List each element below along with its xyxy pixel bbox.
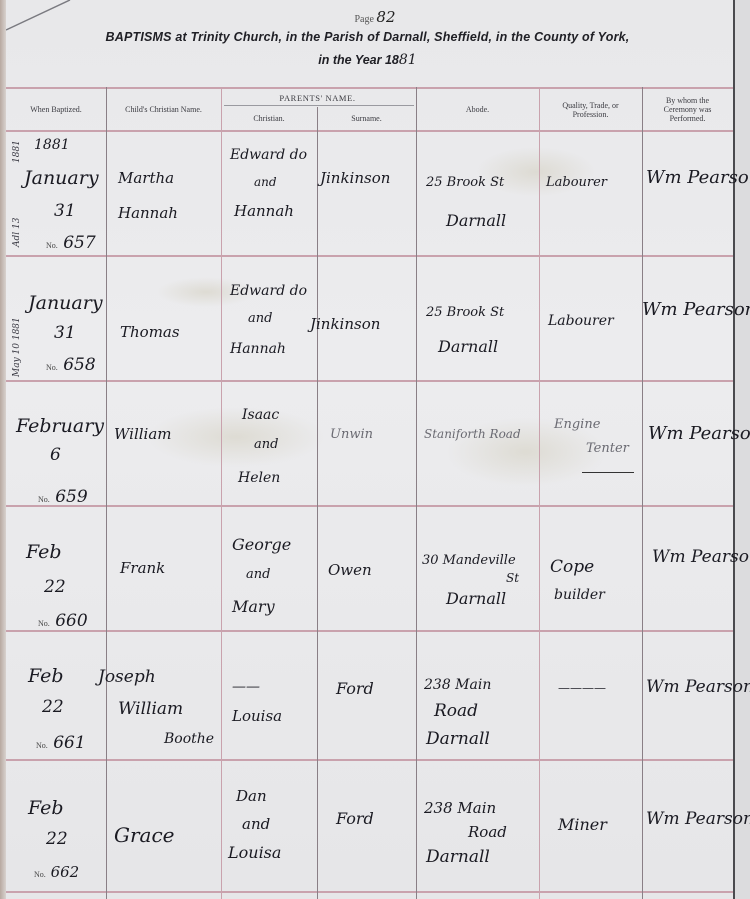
officiant-signature: Wm Pearson <box>652 547 750 567</box>
baptism-register-table: When Baptized. Child's Christian Name. P… <box>6 87 733 899</box>
page-number: Page 82 <box>0 8 750 26</box>
register-year: in the Year 1881 <box>0 52 735 68</box>
and-text: and <box>254 175 277 189</box>
rule-row-5 <box>6 759 733 761</box>
entry-day: 22 <box>42 697 64 717</box>
col-header-child-name: Child's Christian Name. <box>106 89 221 130</box>
father-name: Isaac <box>242 407 279 423</box>
col-header-when-baptized: When Baptized. <box>6 89 106 130</box>
entry-number: No. 657 <box>46 233 96 253</box>
surname: Ford <box>336 809 374 828</box>
child-name-3: Boothe <box>164 731 214 747</box>
abode-line-1: 238 Main <box>424 677 491 693</box>
entry-month: January <box>28 292 103 314</box>
child-name-1: Grace <box>114 823 175 847</box>
mother-name: Louisa <box>228 843 281 862</box>
rule-col-5 <box>539 87 540 899</box>
entry-month: January <box>24 167 99 189</box>
abode-line-3: Darnall <box>446 589 506 608</box>
rule-row-4 <box>6 630 733 632</box>
and-text: and <box>254 437 278 452</box>
rule-row-3 <box>6 505 733 507</box>
entry-day: 22 <box>44 577 66 597</box>
mother-name: Hannah <box>230 341 286 357</box>
officiant-signature: Wm Pearson <box>648 423 750 444</box>
father-name: George <box>232 535 291 554</box>
page-label: Page <box>354 14 373 25</box>
rule-col-4 <box>416 87 417 899</box>
abode-line-2: St <box>506 571 519 585</box>
and-text: and <box>246 567 270 582</box>
child-name-2: William <box>118 699 183 719</box>
abode-line-1: 30 Mandeville <box>422 553 516 568</box>
abode-line-2: Darnall <box>446 211 506 230</box>
entry-month: Feb <box>28 665 64 687</box>
mother-name: Helen <box>238 470 280 486</box>
mother-name: Mary <box>232 597 275 616</box>
father-name: —— <box>232 679 260 695</box>
rule-col-6 <box>642 87 643 899</box>
surname: Ford <box>336 679 374 698</box>
col-header-christian: Christian. <box>221 107 317 130</box>
officiant-signature: Wm Pearson <box>646 167 750 188</box>
surname: Jinkinson <box>320 169 390 187</box>
right-margin <box>735 0 750 899</box>
child-name-1: William <box>114 425 172 443</box>
surname: Owen <box>328 561 372 579</box>
margin-note-year: 1881 <box>12 140 22 163</box>
quality: Labourer <box>548 313 614 329</box>
abode-line-2: Road <box>434 701 478 721</box>
col-header-abode: Abode. <box>416 89 539 130</box>
entry-day: 6 <box>50 445 61 465</box>
abode-line-3: Darnall <box>426 729 490 749</box>
quality: ———— <box>558 681 606 695</box>
page-number-value: 82 <box>376 8 395 26</box>
child-name-2: Hannah <box>118 204 178 222</box>
child-name-1: Martha <box>118 169 174 187</box>
father-name: Edward do <box>230 147 307 163</box>
entry-day: 31 <box>54 323 76 343</box>
entry-day: 31 <box>54 201 76 221</box>
abode-line-2: Darnall <box>438 337 498 356</box>
abode-line-1: 25 Brook St <box>426 305 504 320</box>
officiant-signature: Wm Pearson <box>642 299 750 320</box>
rule-row-1 <box>6 255 733 257</box>
entry-month: Feb <box>28 797 64 819</box>
register-title: BAPTISMS at Trinity Church, in the Paris… <box>0 30 735 44</box>
rule-col-2 <box>221 87 222 899</box>
and-text: and <box>242 815 270 833</box>
father-name: Edward do <box>230 283 307 299</box>
register-page: Page 82 BAPTISMS at Trinity Church, in t… <box>0 0 750 899</box>
entry-number: No. 660 <box>38 611 88 631</box>
entry-number: No. 662 <box>34 863 79 881</box>
child-name-1: Thomas <box>120 323 180 341</box>
col-header-parents-name: PARENTS' NAME. <box>221 93 414 103</box>
surname: Unwin <box>330 427 373 442</box>
entry-year: 1881 <box>34 137 70 153</box>
surname: Jinkinson <box>310 315 380 333</box>
abode-line-1: 238 Main <box>424 799 496 817</box>
rule-col-1 <box>106 87 107 899</box>
quality: Labourer <box>546 175 607 190</box>
mother-name: Hannah <box>234 202 294 220</box>
entry-day: 22 <box>46 829 68 849</box>
entry-month: Feb <box>26 541 62 563</box>
col-header-performed-by: By whom the Ceremony was Performed. <box>642 89 733 130</box>
child-name-1: Frank <box>120 559 165 577</box>
quality-line-2: Tenter <box>586 441 629 456</box>
rule-col-3 <box>317 107 318 899</box>
margin-note-may: May 10 1881 <box>12 317 22 377</box>
rule-row-6 <box>6 891 733 893</box>
rule-header-bottom <box>6 130 733 132</box>
quality-underline <box>582 472 634 473</box>
entry-number: No. 658 <box>46 355 96 375</box>
quality-line-1: Engine <box>554 417 600 432</box>
quality: Miner <box>558 815 607 834</box>
abode-line-3: Darnall <box>426 847 490 867</box>
entry-number: No. 661 <box>36 733 86 753</box>
margin-note-date: Adl 13 <box>12 218 22 247</box>
abode-line-1: 25 Brook St <box>426 175 504 190</box>
father-name: Dan <box>236 787 267 805</box>
col-header-quality: Quality, Trade, or Profession. <box>539 89 642 130</box>
year-label: in the Year 18 <box>318 53 399 67</box>
quality-line-1: Cope <box>550 557 594 577</box>
child-name-1: Joseph <box>98 667 156 687</box>
officiant-signature: Wm Pearson <box>646 677 750 697</box>
parents-divider <box>224 105 414 106</box>
rule-row-2 <box>6 380 733 382</box>
abode-line-1: Staniforth Road <box>424 427 521 441</box>
entry-month: February <box>16 415 104 437</box>
and-text: and <box>248 311 272 326</box>
col-header-surname: Surname. <box>317 107 416 130</box>
mother-name: Louisa <box>232 707 282 725</box>
quality-line-2: builder <box>554 587 605 603</box>
entry-number: No. 659 <box>38 487 88 507</box>
year-handwritten: 81 <box>399 52 417 68</box>
abode-line-2: Road <box>468 823 507 841</box>
officiant-signature: Wm Pearson <box>646 809 750 829</box>
